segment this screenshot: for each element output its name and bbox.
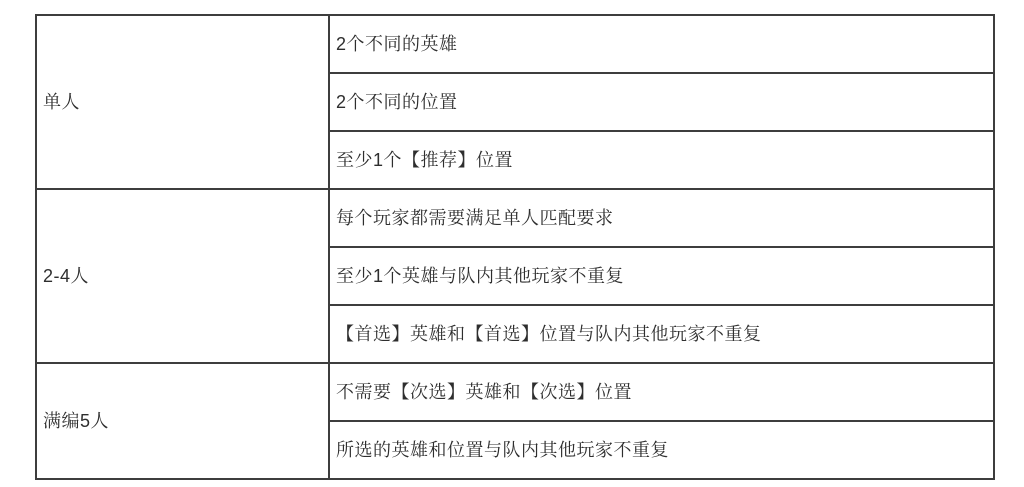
requirement-cell: 至少1个【推荐】位置	[329, 131, 994, 189]
requirement-cell: 所选的英雄和位置与队内其他玩家不重复	[329, 421, 994, 479]
requirement-cell: 每个玩家都需要满足单人匹配要求	[329, 189, 994, 247]
table-row: 满编5人 不需要【次选】英雄和【次选】位置	[36, 363, 994, 421]
requirement-cell: 至少1个英雄与队内其他玩家不重复	[329, 247, 994, 305]
group-cell-full-team-5: 满编5人	[36, 363, 329, 479]
table-row: 2-4人 每个玩家都需要满足单人匹配要求	[36, 189, 994, 247]
group-cell-solo: 单人	[36, 15, 329, 189]
requirement-cell: 不需要【次选】英雄和【次选】位置	[329, 363, 994, 421]
requirement-cell: 【首选】英雄和【首选】位置与队内其他玩家不重复	[329, 305, 994, 363]
group-cell-2-4-players: 2-4人	[36, 189, 329, 363]
requirement-cell: 2个不同的位置	[329, 73, 994, 131]
requirement-cell: 2个不同的英雄	[329, 15, 994, 73]
table-row: 单人 2个不同的英雄	[36, 15, 994, 73]
page: 单人 2个不同的英雄 2个不同的位置 至少1个【推荐】位置 2-4人 每个玩家都…	[0, 0, 1024, 487]
matchmaking-rules-table: 单人 2个不同的英雄 2个不同的位置 至少1个【推荐】位置 2-4人 每个玩家都…	[35, 14, 995, 480]
